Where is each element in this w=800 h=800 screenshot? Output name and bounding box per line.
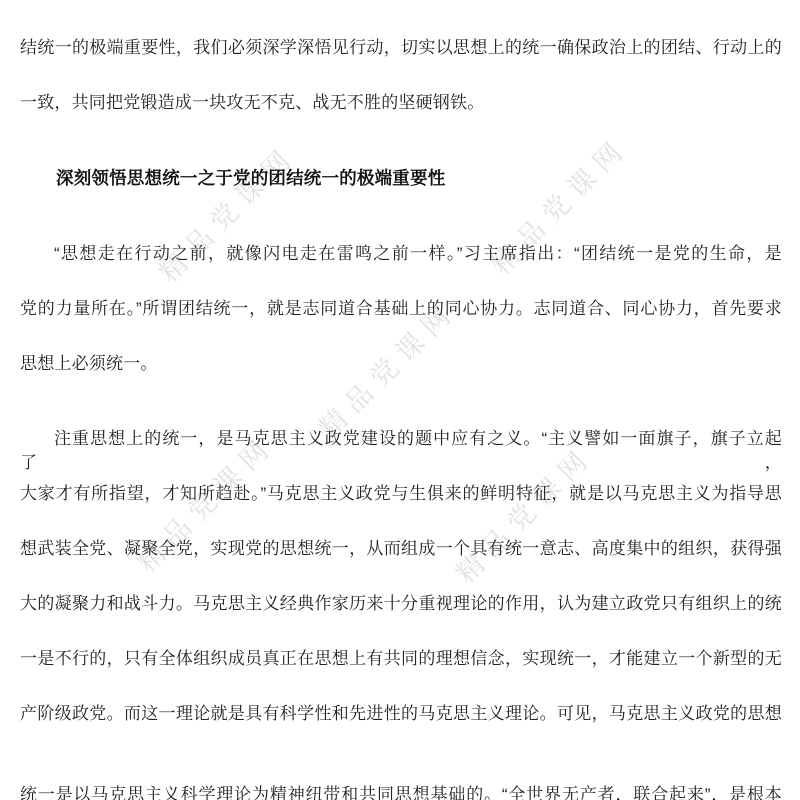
body-line: 党的力量所在。”所谓团结统一，就是志同道合基础上的同心协力。志同道合、同心协力，… bbox=[20, 297, 782, 321]
section-heading: 深刻领悟思想统一之于党的团结统一的极端重要性 bbox=[20, 166, 782, 190]
body-line: 思想上必须统一。 bbox=[20, 352, 782, 376]
document-page: 精品党课网 精品党课网 精品党课网 精品党课网 精品党课网 结统一的极端重要性，… bbox=[0, 0, 800, 800]
body-line: 一是不行的，只有全体组织成员真正在思想上有共同的理想信念，实现统一，才能建立一个… bbox=[20, 647, 782, 671]
body-line: 大的凝聚力和战斗力。马克思主义经典作家历来十分重视理论的作用，认为建立政党只有组… bbox=[20, 592, 782, 616]
body-line: 产阶级政党。而这一理论就是具有科学性和先进性的马克思主义理论。可见，马克思主义政… bbox=[20, 702, 782, 726]
body-line: “思想走在行动之前，就像闪电走在雷鸣之前一样。”习主席指出：“团结统一是党的生命… bbox=[20, 242, 782, 266]
body-line: 结统一的极端重要性，我们必须深学深悟见行动，切实以思想上的统一确保政治上的团结、… bbox=[20, 36, 782, 60]
watermark-text: 精品党课网 bbox=[149, 135, 304, 290]
body-line: 想武装全党、凝聚全党，实现党的思想统一，从而组成一个具有统一意志、高度集中的组织… bbox=[20, 537, 782, 561]
body-line: 一致，共同把党锻造成一块攻无不克、战无不胜的坚硬钢铁。 bbox=[20, 91, 782, 115]
body-line: 大家才有所指望，才知所趋赴。”马克思主义政党与生俱来的鲜明特征，就是以马克思主义… bbox=[20, 482, 782, 506]
body-line-clipped: 统一是以马克思主义科学理论为精神纽带和共同思想基础的。“全世界无产者，联合起来”… bbox=[20, 783, 782, 800]
body-line: 注重思想上的统一，是马克思主义政党建设的题中应有之义。“主义譬如一面旗子，旗子立… bbox=[20, 427, 782, 475]
